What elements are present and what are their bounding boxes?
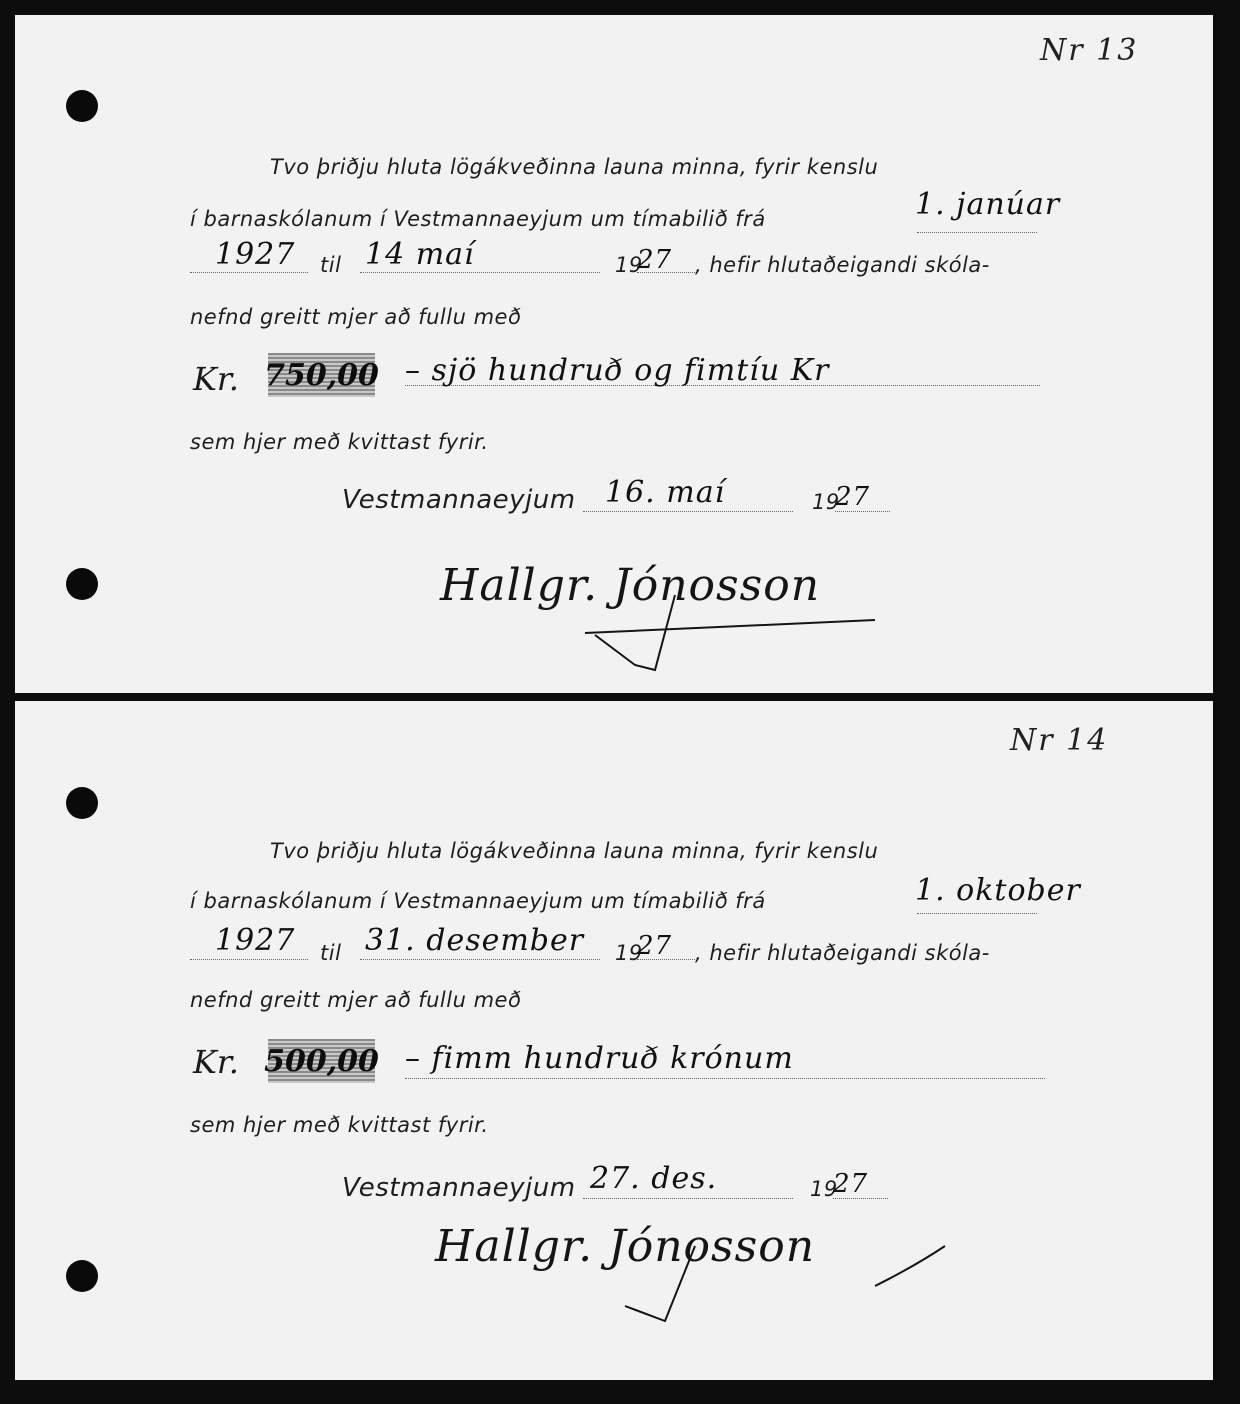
receipt-number: Nr 13: [1040, 33, 1138, 68]
sign-date-handwritten: 16. maí: [605, 475, 725, 510]
signature-flourish-icon: [555, 575, 895, 675]
receipt-card-13: Nr 13 Tvo þriðju hluta lögákveðinna laun…: [15, 15, 1213, 693]
binder-hole: [66, 568, 98, 600]
dotted-field: [917, 913, 1037, 914]
kr-label: Kr.: [193, 1043, 239, 1081]
dotted-field: [190, 272, 308, 273]
from-year-handwritten: 1927: [215, 237, 295, 272]
to-year-handwritten: 27: [637, 931, 672, 961]
dotted-field: [360, 272, 600, 273]
to-date-handwritten: 14 maí: [365, 237, 475, 272]
amount-box: 750,00: [268, 353, 375, 397]
receipt-card-14: Nr 14 Tvo þriðju hluta lögákveðinna laun…: [15, 701, 1213, 1380]
dotted-field: [190, 959, 308, 960]
til-label: til: [320, 253, 341, 277]
receipt-text-line-1: Tvo þriðju hluta lögákveðinna launa minn…: [270, 839, 878, 863]
receipt-number: Nr 14: [1010, 723, 1108, 758]
receipt-text-line-2: í barnaskólanum í Vestmannaeyjum um tíma…: [190, 207, 766, 231]
dotted-field: [917, 232, 1037, 233]
receipt-text-line-3: , hefir hlutaðeigandi skóla-: [695, 253, 990, 277]
amount-value: 750,00: [264, 358, 379, 393]
receipt-text-line-2: í barnaskólanum í Vestmannaeyjum um tíma…: [190, 889, 766, 913]
til-label: til: [320, 941, 341, 965]
receipt-text-line-4: nefnd greitt mjer að fullu með: [190, 988, 521, 1012]
dotted-field: [583, 511, 793, 512]
dotted-field: [637, 272, 695, 273]
amount-box: 500,00: [268, 1039, 375, 1083]
dotted-field: [835, 511, 890, 512]
from-year-handwritten: 1927: [215, 923, 295, 958]
sign-date-handwritten: 27. des.: [590, 1161, 717, 1196]
sign-year-handwritten: 27: [835, 482, 870, 512]
to-year-handwritten: 27: [637, 245, 672, 275]
dotted-field: [405, 1078, 1045, 1079]
receipt-text-line-3: , hefir hlutaðeigandi skóla-: [695, 941, 990, 965]
place-label: Vestmannaeyjum: [342, 1173, 576, 1203]
from-date-handwritten: 1. janúar: [915, 187, 1060, 222]
receipt-text-line-1: Tvo þriðju hluta lögákveðinna launa minn…: [270, 155, 878, 179]
receipt-text-line-6: sem hjer með kvittast fyrir.: [190, 1113, 489, 1137]
dotted-field: [833, 1198, 888, 1199]
place-label: Vestmannaeyjum: [342, 485, 576, 515]
binder-hole: [66, 1260, 98, 1292]
kr-label: Kr.: [193, 360, 239, 398]
signature-flourish-icon: [615, 1226, 955, 1326]
receipt-text-line-4: nefnd greitt mjer að fullu með: [190, 305, 521, 329]
from-date-handwritten: 1. oktober: [915, 873, 1081, 908]
dotted-field: [583, 1198, 793, 1199]
amount-value: 500,00: [264, 1044, 379, 1079]
to-date-handwritten: 31. desember: [365, 923, 584, 958]
dotted-field: [637, 959, 695, 960]
amount-words-handwritten: – sjö hundruð og fimtíu Kr: [405, 353, 829, 388]
sign-year-handwritten: 27: [833, 1169, 868, 1199]
binder-hole: [66, 787, 98, 819]
binder-hole: [66, 90, 98, 122]
amount-words-handwritten: – fimm hundruð krónum: [405, 1041, 794, 1076]
dotted-field: [360, 959, 600, 960]
receipt-text-line-6: sem hjer með kvittast fyrir.: [190, 430, 489, 454]
